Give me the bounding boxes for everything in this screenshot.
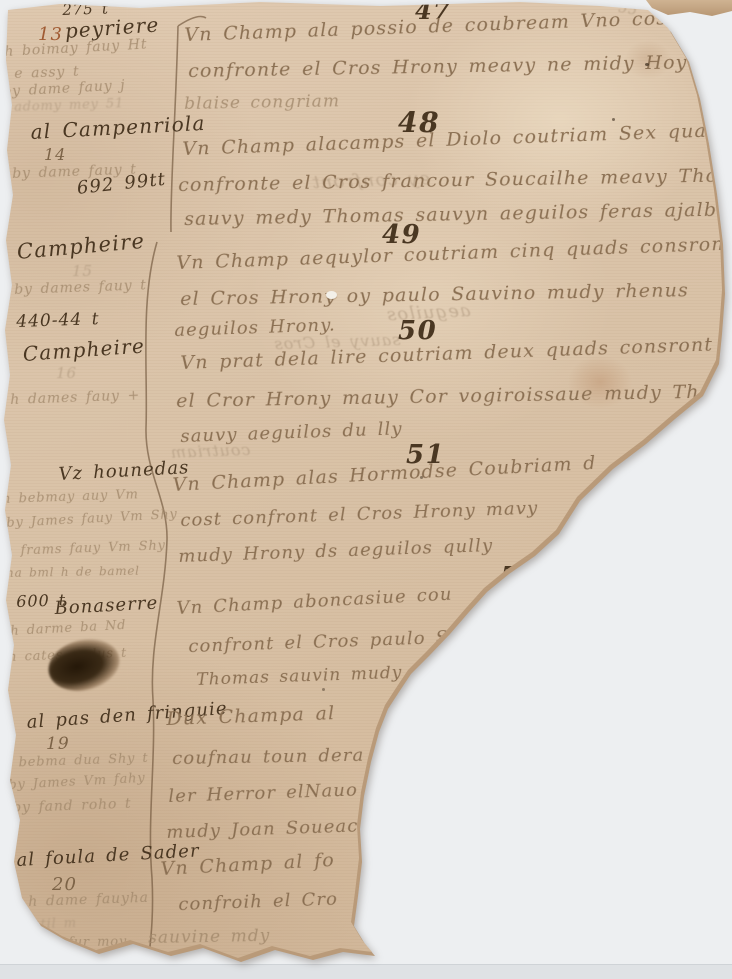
entry-line: sauvine mdy <box>148 926 270 948</box>
margin-note: e assy t <box>14 64 80 82</box>
margin-entry-number: 15 <box>72 262 93 280</box>
margin-amount: 440-44 t <box>16 309 100 332</box>
section-number: 50 <box>398 316 437 346</box>
margin-note: hybtil m <box>14 916 77 933</box>
margin-note: ha bml h de bamel <box>6 564 140 580</box>
paper-sheet-wrap: ey confront aeguilos sauvy el Cros coutr… <box>0 0 732 979</box>
manuscript-paper: ey confront aeguilos sauvy el Cros coutr… <box>0 0 732 979</box>
scanned-manuscript-page: ey confront aeguilos sauvy el Cros coutr… <box>0 0 732 979</box>
ink-speck <box>548 572 551 575</box>
ink-speck <box>420 476 423 479</box>
ink-speck <box>700 93 703 95</box>
entry-line: blaise congriam <box>184 91 340 114</box>
ink-speck <box>322 688 325 691</box>
margin-entry-number: 19 <box>46 734 70 754</box>
ink-speck <box>556 590 561 594</box>
ink-speck <box>612 118 615 121</box>
margin-entry-number: 14 <box>44 145 66 164</box>
entry-line: coufnau toun dera <box>172 745 364 769</box>
margin-entry-number: 16 <box>56 364 77 382</box>
paper-fleck <box>326 291 337 299</box>
ink-speck <box>645 63 649 66</box>
